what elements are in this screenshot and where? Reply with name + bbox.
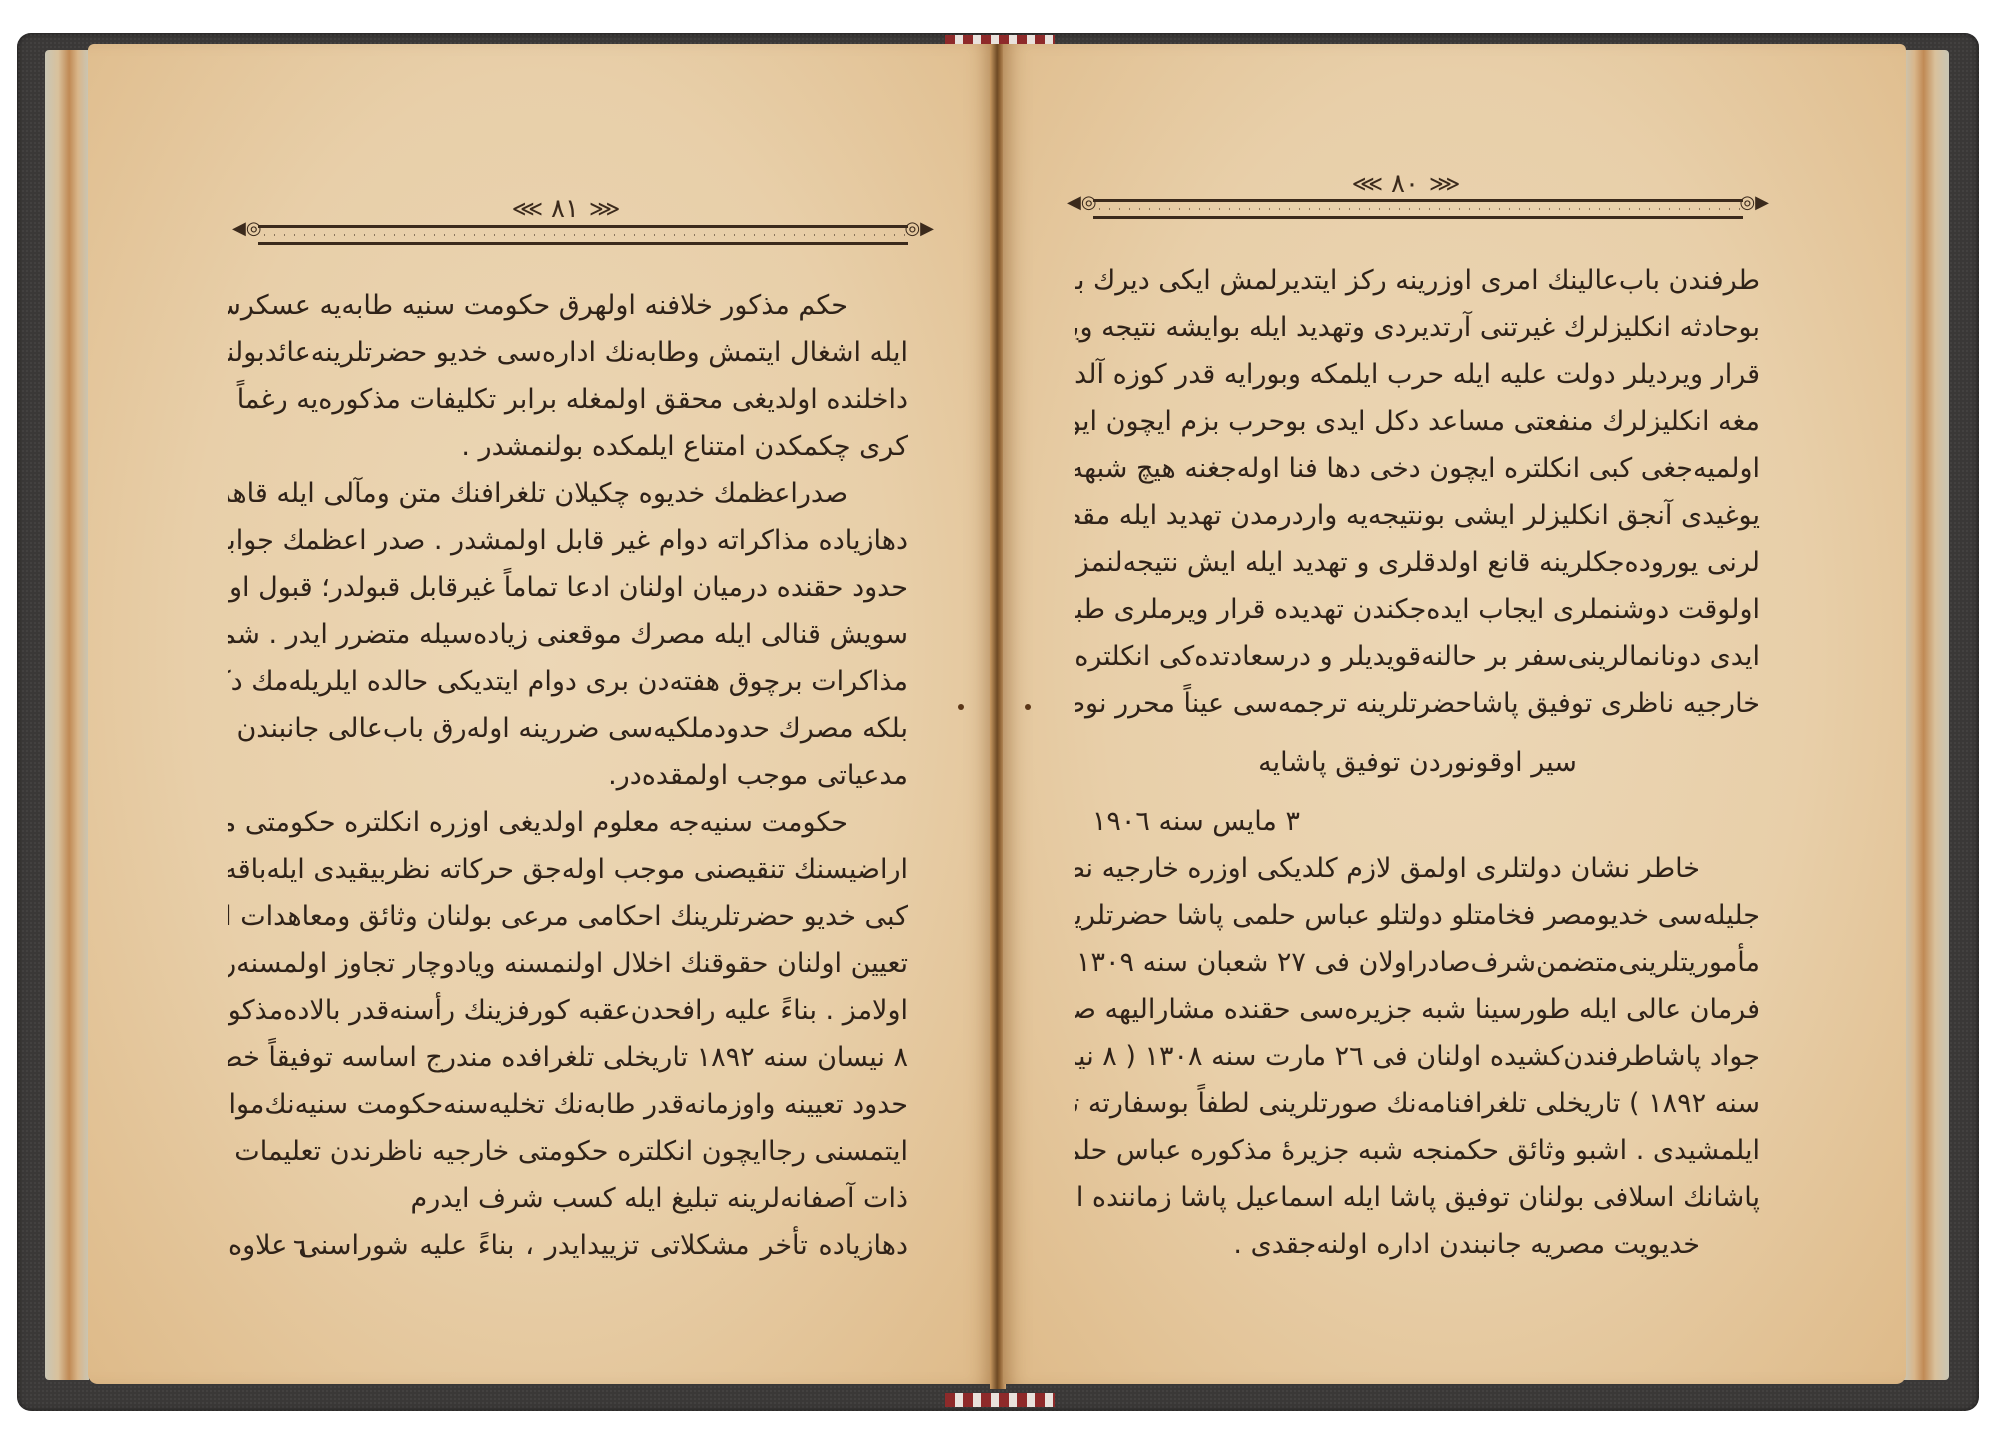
text-line: ايله اشغال ايتمش وطابه‌نك اداره‌سى خديو … bbox=[228, 329, 908, 376]
text-line: خارجيه ناظرى توفيق پاشاحضرتلرينه ترجمه‌س… bbox=[1075, 680, 1760, 727]
rule-finial-right-icon: ◎▶ bbox=[1739, 194, 1769, 212]
text-line: جواد پاشاطرفندن‌كشيده اولنان فى ٢٦ مارت … bbox=[1075, 1033, 1760, 1080]
text-line: مغه انكليزلرك منفعتى مساعد دكل ايدى بوحر… bbox=[1075, 398, 1760, 445]
text-line: ذات آصفانه‌لرينه تبليغ ايله كسب شرف ايدر… bbox=[228, 1175, 908, 1222]
text-line: سنه ١٨٩٢ ) تاريخلى تلغرافنامه‌نك صورتلري… bbox=[1075, 1080, 1760, 1127]
left-page[interactable]: ⋘ ٨١ ⋙ ◀◎ ◎▶ حكم مذكور خلافنه اولهرق حكو… bbox=[88, 44, 993, 1384]
left-page-edges bbox=[45, 50, 89, 1380]
rule-finial-left-icon: ◀◎ bbox=[1067, 194, 1097, 212]
text-line: داخلنده اولديغى محقق اولمغله برابر تكليف… bbox=[228, 376, 908, 423]
left-page-body: حكم مذكور خلافنه اولهرق حكومت سنيه طابه‌… bbox=[228, 282, 908, 1269]
text-line: حكومت سنيه‌جه معلوم اولديغى اوزره انكلتر… bbox=[228, 799, 908, 846]
text-line: جليله‌سى خديومصر فخامتلو دولتلو عباس حلم… bbox=[1075, 892, 1760, 939]
header-ornament-left-icon: ⋘ bbox=[1352, 172, 1381, 197]
text-line: سويش قنالى ايله مصرك موقعنى زياده‌سيله م… bbox=[228, 611, 908, 658]
right-page-edges bbox=[1903, 50, 1949, 1380]
text-line: دهازياده تأخر مشكلاتى تزييدايدر ، بناءً … bbox=[228, 1222, 908, 1269]
headband-bottom bbox=[945, 1393, 1055, 1407]
header-ornament-left-icon: ⋘ bbox=[512, 197, 541, 222]
left-page-header: ⋘ ٨١ ⋙ bbox=[512, 194, 619, 224]
right-page-body: طرفندن باب‌عالينك امرى اوزرينه ركز ايتدي… bbox=[1075, 257, 1760, 1268]
rule-finial-right-icon: ◎▶ bbox=[904, 220, 934, 238]
text-line: يوغيدى آنجق انكليزلر ايشى بونتيجه‌يه وار… bbox=[1075, 492, 1760, 539]
text-line: لرنى يوروده‌جكلرينه قانع اولدقلرى و تهدي… bbox=[1075, 539, 1760, 586]
dateline: ٣ مايس سنه ١٩٠٦ bbox=[1075, 798, 1760, 845]
text-line: مأموريتلرينى‌متضمن‌شرف‌صادراولان فى ٢٧ ش… bbox=[1075, 939, 1760, 986]
header-ornament-right-icon: ⋙ bbox=[1429, 172, 1458, 197]
rule-finial-left-icon: ◀◎ bbox=[232, 220, 262, 238]
text-line: ايدى دونانمالرينى‌سفر بر حالنه‌قويديلر و… bbox=[1075, 633, 1760, 680]
text-line: كرى چكمكدن امتناع ايلمكده بولنمشدر . bbox=[228, 423, 908, 470]
sewing-hole bbox=[958, 704, 964, 710]
text-line: اراضيسنك تنقيصنى موجب اوله‌جق حركاته نظر… bbox=[228, 846, 908, 893]
text-line: ايتمسنى رجاايچون انكلتره حكومتى خارجيه ن… bbox=[228, 1128, 908, 1175]
left-header-rule: ◀◎ ◎▶ bbox=[258, 225, 908, 245]
header-ornament-right-icon: ⋙ bbox=[589, 197, 618, 222]
right-page-header: ⋘ ٨٠ ⋙ bbox=[1352, 169, 1459, 199]
text-line: اولميه‌جغى كبى انكلتره ايچون دخى دها فنا… bbox=[1075, 445, 1760, 492]
text-line: فرمان عالى ايله طورسينا شبه جزيره‌سى حقن… bbox=[1075, 986, 1760, 1033]
text-line: دهازياده مذاكراته دوام غير قابل اولمشدر … bbox=[228, 517, 908, 564]
sewing-hole bbox=[1025, 704, 1031, 710]
text-line: تعيين اولنان حقوقنك اخلال اولنمسنه ويادو… bbox=[228, 940, 908, 987]
text-line: صدراعظمك خديوه چكيلان تلغرافنك متن ومآلى… bbox=[228, 470, 908, 517]
right-page[interactable]: ⋘ ٨٠ ⋙ ◀◎ ◎▶ طرفندن باب‌عالينك امرى اوزر… bbox=[1003, 44, 1906, 1384]
section-heading: سير اوقونوردن توفيق پاشايه bbox=[1075, 739, 1760, 786]
text-line: كبى خديو حضرتلرينك احكامى مرعى بولنان وث… bbox=[228, 893, 908, 940]
text-line: قرار ويرديلر دولت عليه ايله حرب ايلمكه و… bbox=[1075, 351, 1760, 398]
signature-mark: ٦ bbox=[293, 1234, 307, 1264]
text-line: اولامز . بناءً عليه رافحدن‌عقبه كورفزينك… bbox=[228, 987, 908, 1034]
left-page-number: ٨١ bbox=[551, 194, 579, 224]
text-line: بلكه مصرك حدودملكيه‌سى ضررينه اوله‌رق با… bbox=[228, 705, 908, 752]
right-header-rule: ◀◎ ◎▶ bbox=[1093, 199, 1743, 219]
text-line: خاطر نشان دولتلرى اولمق لازم كلديكى اوزر… bbox=[1075, 845, 1760, 892]
text-line: مدعياتى موجب اولمقده‌در. bbox=[228, 752, 908, 799]
text-line: حدود تعيينه واوزمانه‌قدر طابه‌نك تخليه‌س… bbox=[228, 1081, 908, 1128]
text-line: پاشانك اسلافى بولنان توفيق پاشا ايله اسم… bbox=[1075, 1174, 1760, 1221]
text-line: بوحادثه انكليزلرك غيرتنى آرتديردى وتهديد… bbox=[1075, 304, 1760, 351]
text-line: خديويت مصريه جانبندن اداره اولنه‌جقدى . bbox=[1075, 1221, 1760, 1268]
text-line: حكم مذكور خلافنه اولهرق حكومت سنيه طابه‌… bbox=[228, 282, 908, 329]
text-line: ٨ نيسان سنه ١٨٩٢ تاريخلى تلغرافده مندرج … bbox=[228, 1034, 908, 1081]
text-line: طرفندن باب‌عالينك امرى اوزرينه ركز ايتدي… bbox=[1075, 257, 1760, 304]
right-page-number: ٨٠ bbox=[1391, 169, 1419, 199]
text-line: حدود حقنده درميان اولنان ادعا تماماً غير… bbox=[228, 564, 908, 611]
text-line: مذاكرات برچوق هفته‌دن برى دوام ايتديكى ح… bbox=[228, 658, 908, 705]
text-line: اولوقت دوشنملرى ايجاب ايده‌جكندن تهديده … bbox=[1075, 586, 1760, 633]
text-line: ايلمشيدى . اشبو وثائق حكمنجه شبه جزيرهٔ … bbox=[1075, 1127, 1760, 1174]
